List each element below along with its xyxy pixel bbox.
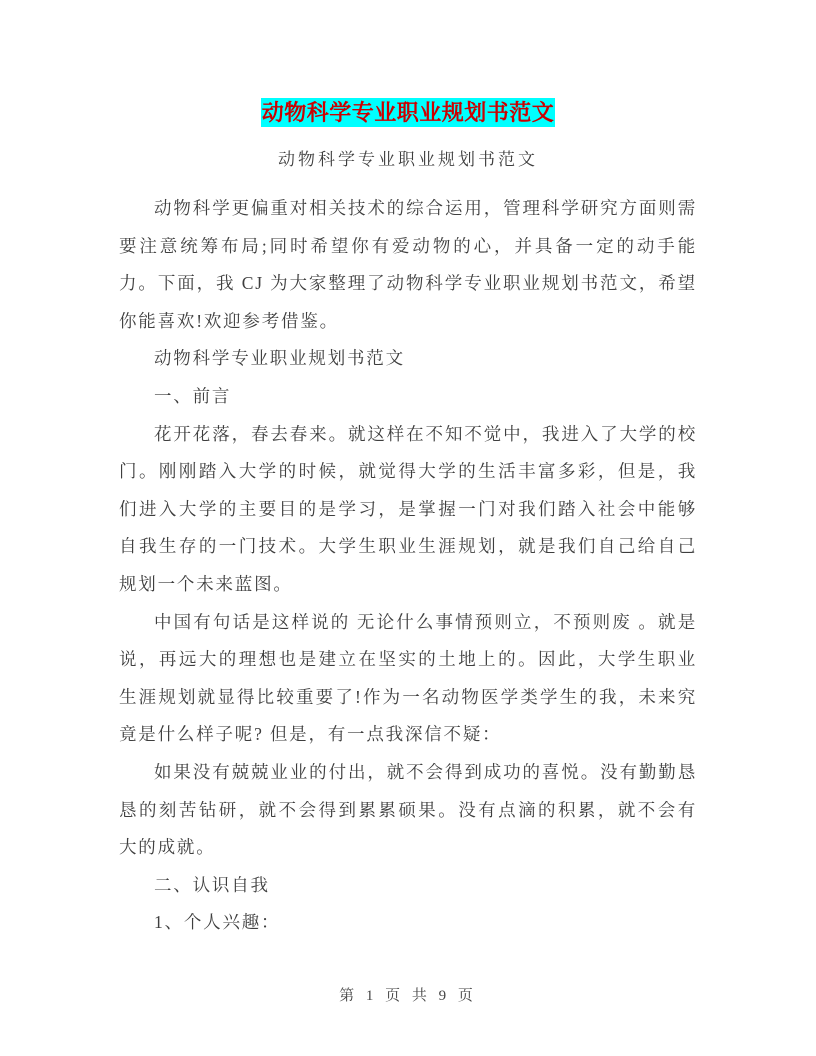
document-title: 动物科学专业职业规划书范文 <box>261 98 556 127</box>
paragraph: 动物科学专业职业规划书范文 <box>119 340 697 378</box>
paragraph: 1、个人兴趣： <box>119 904 697 942</box>
paragraph: 如果没有兢兢业业的付出，就不会得到成功的喜悦。没有勤勤恳恳的刻苦钻研，就不会得到… <box>119 754 697 867</box>
document-title-line: 动物科学专业职业规划书范文 <box>119 90 697 132</box>
paragraph: 动物科学更偏重对相关技术的综合运用，管理科学研究方面则需要注意统筹布局;同时希望… <box>119 190 697 340</box>
document-subtitle: 动物科学专业职业规划书范文 <box>119 146 697 174</box>
document-content: 动物科学专业职业规划书范文 动物科学专业职业规划书范文 动物科学更偏重对相关技术… <box>119 90 697 942</box>
document-page: 动物科学专业职业规划书范文 动物科学专业职业规划书范文 动物科学更偏重对相关技术… <box>0 0 816 1056</box>
page-number: 第 1 页 共 9 页 <box>0 984 816 1005</box>
paragraph: 二、认识自我 <box>119 867 697 905</box>
document-body: 动物科学更偏重对相关技术的综合运用，管理科学研究方面则需要注意统筹布局;同时希望… <box>119 190 697 942</box>
paragraph: 一、前言 <box>119 378 697 416</box>
paragraph: 中国有句话是这样说的 无论什么事情预则立，不预则废 。就是说，再远大的理想也是建… <box>119 604 697 754</box>
paragraph: 花开花落，春去春来。就这样在不知不觉中，我进入了大学的校门。刚刚踏入大学的时候，… <box>119 416 697 604</box>
